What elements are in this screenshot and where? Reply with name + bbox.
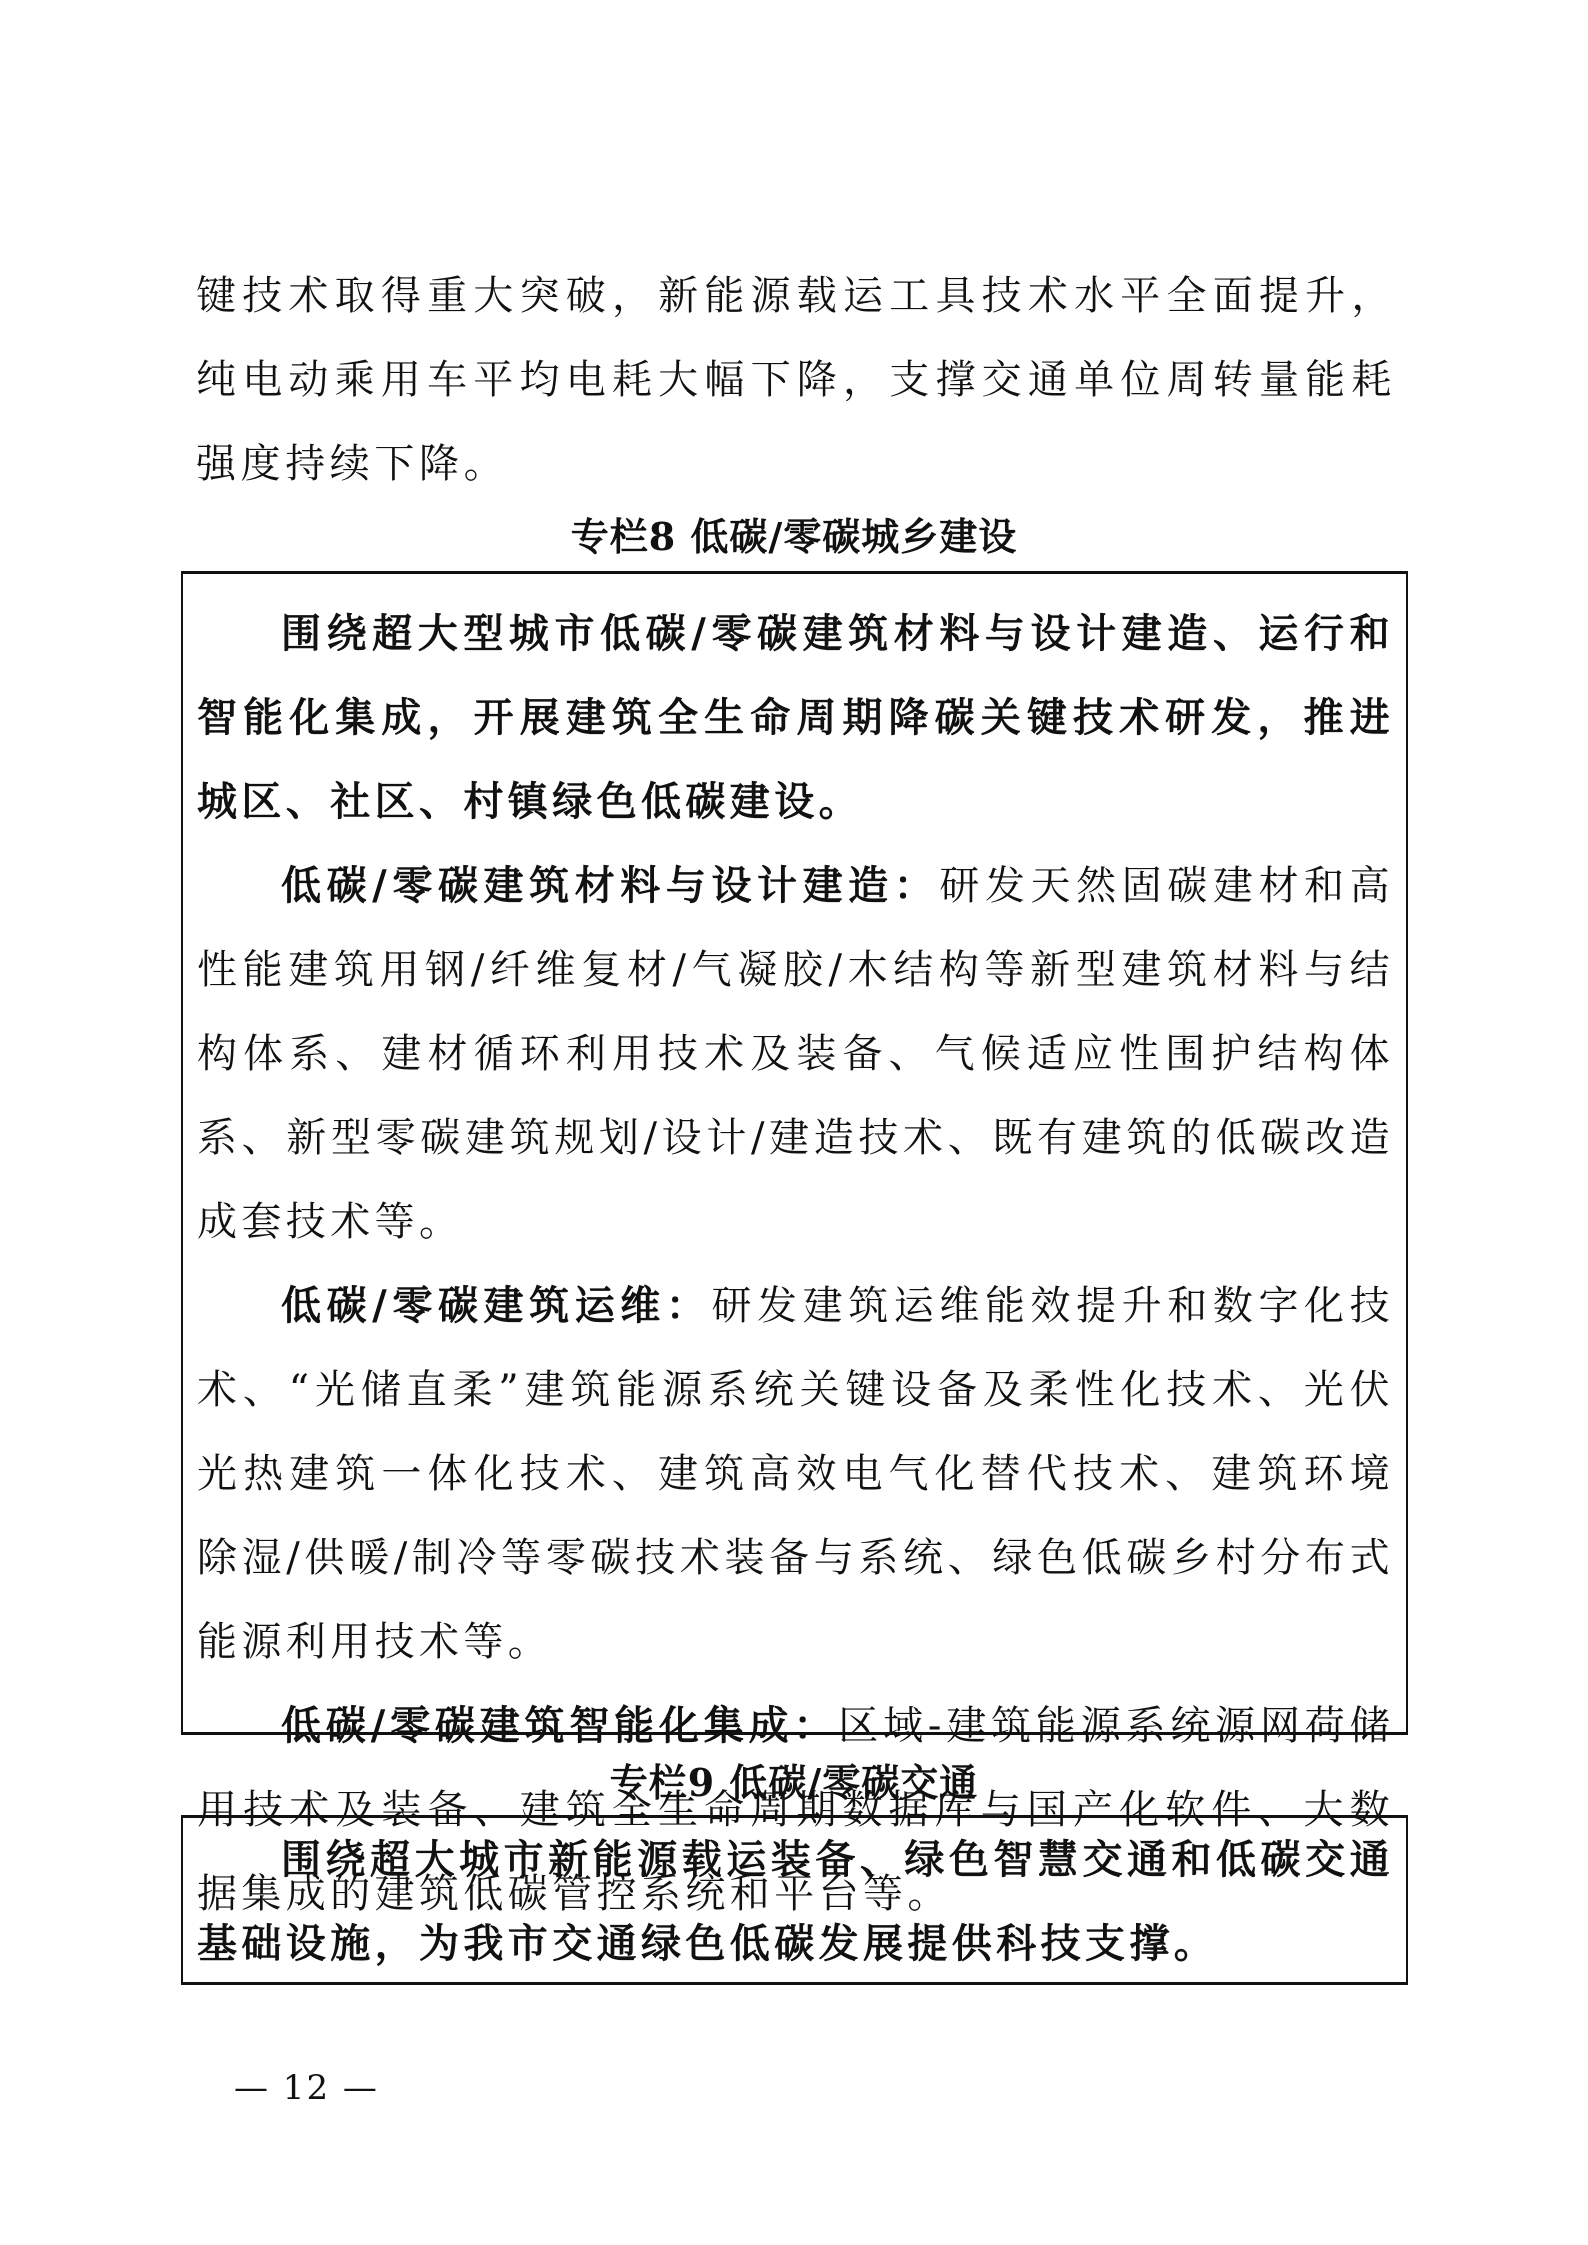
column8-item-operations: 低碳/零碳建筑运维：研发建筑运维能效提升和数字化技术、“光储直柔”建筑能源系统关…: [197, 1264, 1394, 1684]
column8-item-lead: 低碳/零碳建筑智能化集成：: [281, 1702, 838, 1749]
column9-box: 围绕超大城市新能源载运装备、绿色智慧交通和低碳交通基础设施，为我市交通绿色低碳发…: [181, 1815, 1408, 1985]
column8-summary: 围绕超大型城市低碳/零碳建筑材料与设计建造、运行和智能化集成，开展建筑全生命周期…: [197, 592, 1394, 844]
column8-item-materials: 低碳/零碳建筑材料与设计建造：研发天然固碳建材和高性能建筑用钢/纤维复材/气凝胶…: [197, 844, 1394, 1264]
intro-paragraph: 键技术取得重大突破，新能源载运工具技术水平全面提升，纯电动乘用车平均电耗大幅下降…: [196, 254, 1396, 506]
column8-item-body: 研发天然固碳建材和高性能建筑用钢/纤维复材/气凝胶/木结构等新型建筑材料与结构体…: [197, 863, 1394, 1245]
column8-item-body: 研发建筑运维能效提升和数字化技术、“光储直柔”建筑能源系统关键设备及柔性化技术、…: [197, 1283, 1394, 1665]
column8-box: 围绕超大型城市低碳/零碳建筑材料与设计建造、运行和智能化集成，开展建筑全生命周期…: [181, 571, 1408, 1735]
document-page: 键技术取得重大突破，新能源载运工具技术水平全面提升，纯电动乘用车平均电耗大幅下降…: [0, 0, 1588, 2245]
column9-title: 专栏9 低碳/零碳交通: [0, 1752, 1588, 1807]
column9-summary: 围绕超大城市新能源载运装备、绿色智慧交通和低碳交通基础设施，为我市交通绿色低碳发…: [197, 1818, 1394, 1986]
column8-title: 专栏8 低碳/零碳城乡建设: [0, 506, 1588, 561]
column8-item-lead: 低碳/零碳建筑材料与设计建造：: [281, 862, 939, 909]
column8-item-lead: 低碳/零碳建筑运维：: [281, 1282, 711, 1329]
page-number: — 12 —: [234, 2068, 379, 2108]
